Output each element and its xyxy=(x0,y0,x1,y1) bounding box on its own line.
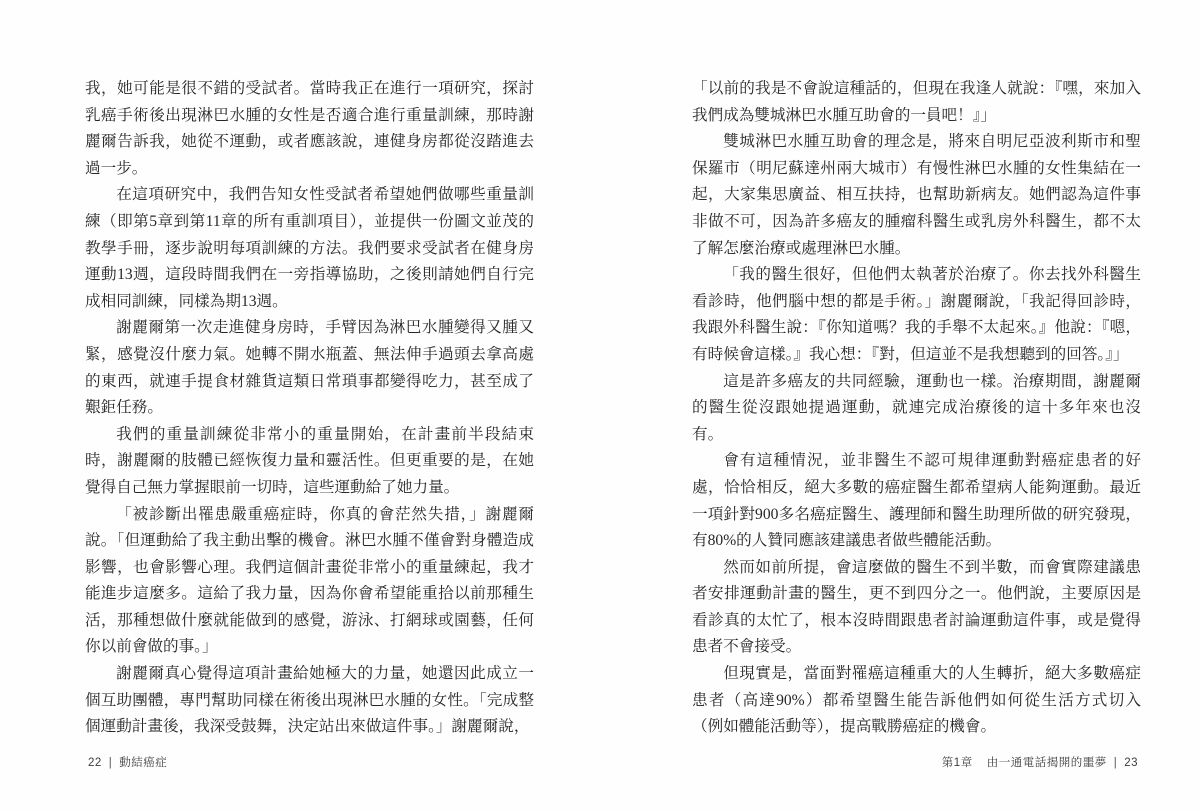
book-spread: 我，她可能是很不錯的受試者。當時我正在進行一項研究，探討乳癌手術後出現淋巴水腫的… xyxy=(0,0,1200,811)
paragraph: 我，她可能是很不錯的受試者。當時我正在進行一項研究，探討乳癌手術後出現淋巴水腫的… xyxy=(85,76,534,182)
paragraph: 謝麗爾第一次走進健身房時，手臂因為淋巴水腫變得又腫又緊，感覺沒什麼力氣。她轉不開… xyxy=(85,315,534,421)
right-page-number: 23 xyxy=(1124,757,1138,769)
paragraph: 謝麗爾真心覺得這項計畫給她極大的力量，她還因此成立一個互助團體，專門幫助同樣在術… xyxy=(85,661,534,741)
left-page-number: 22 xyxy=(88,757,102,769)
paragraph: 雙城淋巴水腫互助會的理念是，將來自明尼亞波利斯市和聖保羅市（明尼蘇達州兩大城市）… xyxy=(692,129,1141,262)
footer-separator: | xyxy=(109,757,113,769)
right-page-body-text: 「以前的我是不會說這種話的，但現在我逢人就說：『嘿，來加入我們成為雙城淋巴水腫互… xyxy=(692,76,1141,741)
left-page-footer: 22|動結癌症 xyxy=(88,754,167,770)
paragraph: 然而如前所提，會這麼做的醫生不到半數，而會實際建議患者安排運動計畫的醫生，更不到… xyxy=(692,555,1141,661)
footer-separator: | xyxy=(1114,757,1118,769)
left-page-body-text: 我，她可能是很不錯的受試者。當時我正在進行一項研究，探討乳癌手術後出現淋巴水腫的… xyxy=(85,76,534,741)
paragraph: 這是許多癌友的共同經驗，運動也一樣。治療期間，謝麗爾的醫生從沒跟她提過運動，就連… xyxy=(692,369,1141,449)
right-page: 「以前的我是不會說這種話的，但現在我逢人就說：『嘿，來加入我們成為雙城淋巴水腫互… xyxy=(600,0,1200,811)
paragraph: 「我的醫生很好，但他們太執著於治療了。你去找外科醫生看診時，他們腦中想的都是手術… xyxy=(692,262,1141,368)
book-title: 動結癌症 xyxy=(119,757,167,769)
paragraph: 「被診斷出罹患嚴重癌症時，你真的會茫然失措，」謝麗爾說。「但運動給了我主動出擊的… xyxy=(85,502,534,662)
paragraph: 我們的重量訓練從非常小的重量開始，在計畫前半段結束時，謝麗爾的肢體已經恢復力量和… xyxy=(85,422,534,502)
chapter-label: 第1章 xyxy=(942,757,973,769)
paragraph: 在這項研究中，我們告知女性受試者希望她們做哪些重量訓練（即第5章到第11章的所有… xyxy=(85,182,534,315)
left-page: 我，她可能是很不錯的受試者。當時我正在進行一項研究，探討乳癌手術後出現淋巴水腫的… xyxy=(0,0,600,811)
paragraph: 「以前的我是不會說這種話的，但現在我逢人就說：『嘿，來加入我們成為雙城淋巴水腫互… xyxy=(692,76,1141,129)
chapter-title: 由一通電話揭開的噩夢 xyxy=(987,757,1107,769)
paragraph: 會有這種情況，並非醫生不認可規律運動對癌症患者的好處，恰恰相反，絕大多數的癌症醫… xyxy=(692,448,1141,554)
paragraph: 但現實是，當面對罹癌這種重大的人生轉折，絕大多數癌症患者（高達90%）都希望醫生… xyxy=(692,661,1141,741)
right-page-footer: 第1章由一通電話揭開的噩夢|23 xyxy=(942,754,1138,770)
